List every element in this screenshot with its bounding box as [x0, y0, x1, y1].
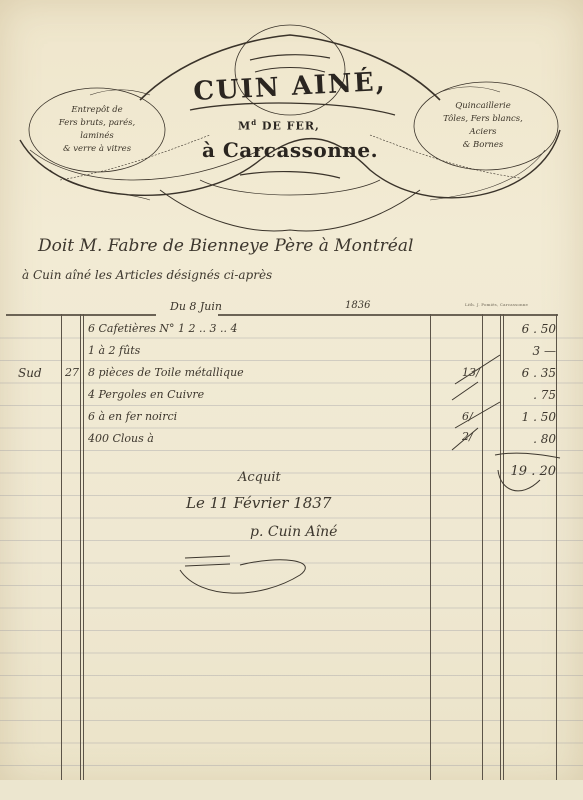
- line-item-unit-price: 13/: [462, 366, 480, 379]
- trade-line: Md DE FER,: [238, 118, 320, 133]
- receipt-date: Le 11 Février 1837: [186, 494, 331, 512]
- column-rule: [500, 314, 501, 784]
- ledger-side-label: Sud: [18, 366, 42, 380]
- left-cartouche: Entrepôt de Fers bruts, parés, laminés &…: [52, 104, 142, 156]
- cartouche-line: & Bornes: [428, 139, 538, 152]
- column-rule: [503, 314, 504, 784]
- cartouche-line: Aciers: [428, 126, 538, 139]
- invoice-date: Du 8 Juin: [170, 300, 222, 313]
- header-rule-right: [218, 314, 558, 316]
- line-item-amount: 1 . 50: [504, 410, 556, 424]
- articles-line: à Cuin aîné les Articles désignés ci-apr…: [22, 268, 272, 282]
- line-item-unit-price: 6/: [462, 410, 473, 423]
- right-cartouche: Quincaillerie Tôles, Fers blancs, Aciers…: [428, 100, 538, 152]
- line-item-description: 6 Cafetières N° 1 2 .. 3 .. 4: [88, 322, 238, 335]
- line-item-unit-price: 2/: [462, 430, 473, 443]
- column-rule: [61, 314, 62, 784]
- column-rule: [83, 314, 84, 784]
- line-item-description: 1 à 2 fûts: [88, 344, 140, 357]
- ledger-side-number: 27: [65, 366, 79, 379]
- acquit-note: Acquit: [238, 470, 281, 485]
- cartouche-line: Tôles, Fers blancs,: [428, 113, 538, 126]
- line-item-amount: 3 —: [504, 344, 556, 358]
- trade-rest: DE FER,: [257, 120, 320, 133]
- ruled-lines: [0, 316, 583, 786]
- paper-bottom-edge: [0, 780, 583, 800]
- column-rule: [482, 314, 483, 784]
- line-item-amount: . 80: [504, 432, 556, 446]
- line-item-amount: . 75: [504, 388, 556, 402]
- invoice-total: 19 . 20: [504, 464, 556, 479]
- cartouche-line: Entrepôt de: [52, 104, 142, 117]
- header-rule-left: [6, 314, 156, 316]
- cartouche-line: & verre à vitres: [52, 143, 142, 156]
- line-item-amount: 6 . 50: [504, 322, 556, 336]
- cartouche-line: Fers bruts, parés,: [52, 117, 142, 130]
- line-item-description: 6 à en fer noirci: [88, 410, 177, 423]
- cartouche-line: laminés: [52, 130, 142, 143]
- line-item-description: 8 pièces de Toile métallique: [88, 366, 244, 379]
- column-rule: [556, 314, 557, 784]
- line-item-description: 4 Pergoles en Cuivre: [88, 388, 204, 401]
- signature: p. Cuin Aîné: [250, 524, 337, 540]
- printer-mark: Lith. J. Pomiès, Carcassonne: [465, 302, 528, 307]
- addressee-line: Doit M. Fabre de Bienneye Père à Montréa…: [38, 236, 413, 256]
- line-item-amount: 6 . 35: [504, 366, 556, 380]
- cartouche-line: Quincaillerie: [428, 100, 538, 113]
- invoice-year: 1836: [345, 300, 370, 311]
- line-item-description: 400 Clous à: [88, 432, 154, 445]
- company-city: à Carcassonne.: [200, 138, 380, 162]
- column-rule: [430, 314, 431, 784]
- column-rule: [80, 314, 81, 784]
- company-name: CUIN AINÉ,: [169, 66, 410, 109]
- trade-prefix: M: [238, 120, 251, 133]
- invoice-paper: CUIN AINÉ, Md DE FER, à Carcassonne. Ent…: [0, 0, 583, 790]
